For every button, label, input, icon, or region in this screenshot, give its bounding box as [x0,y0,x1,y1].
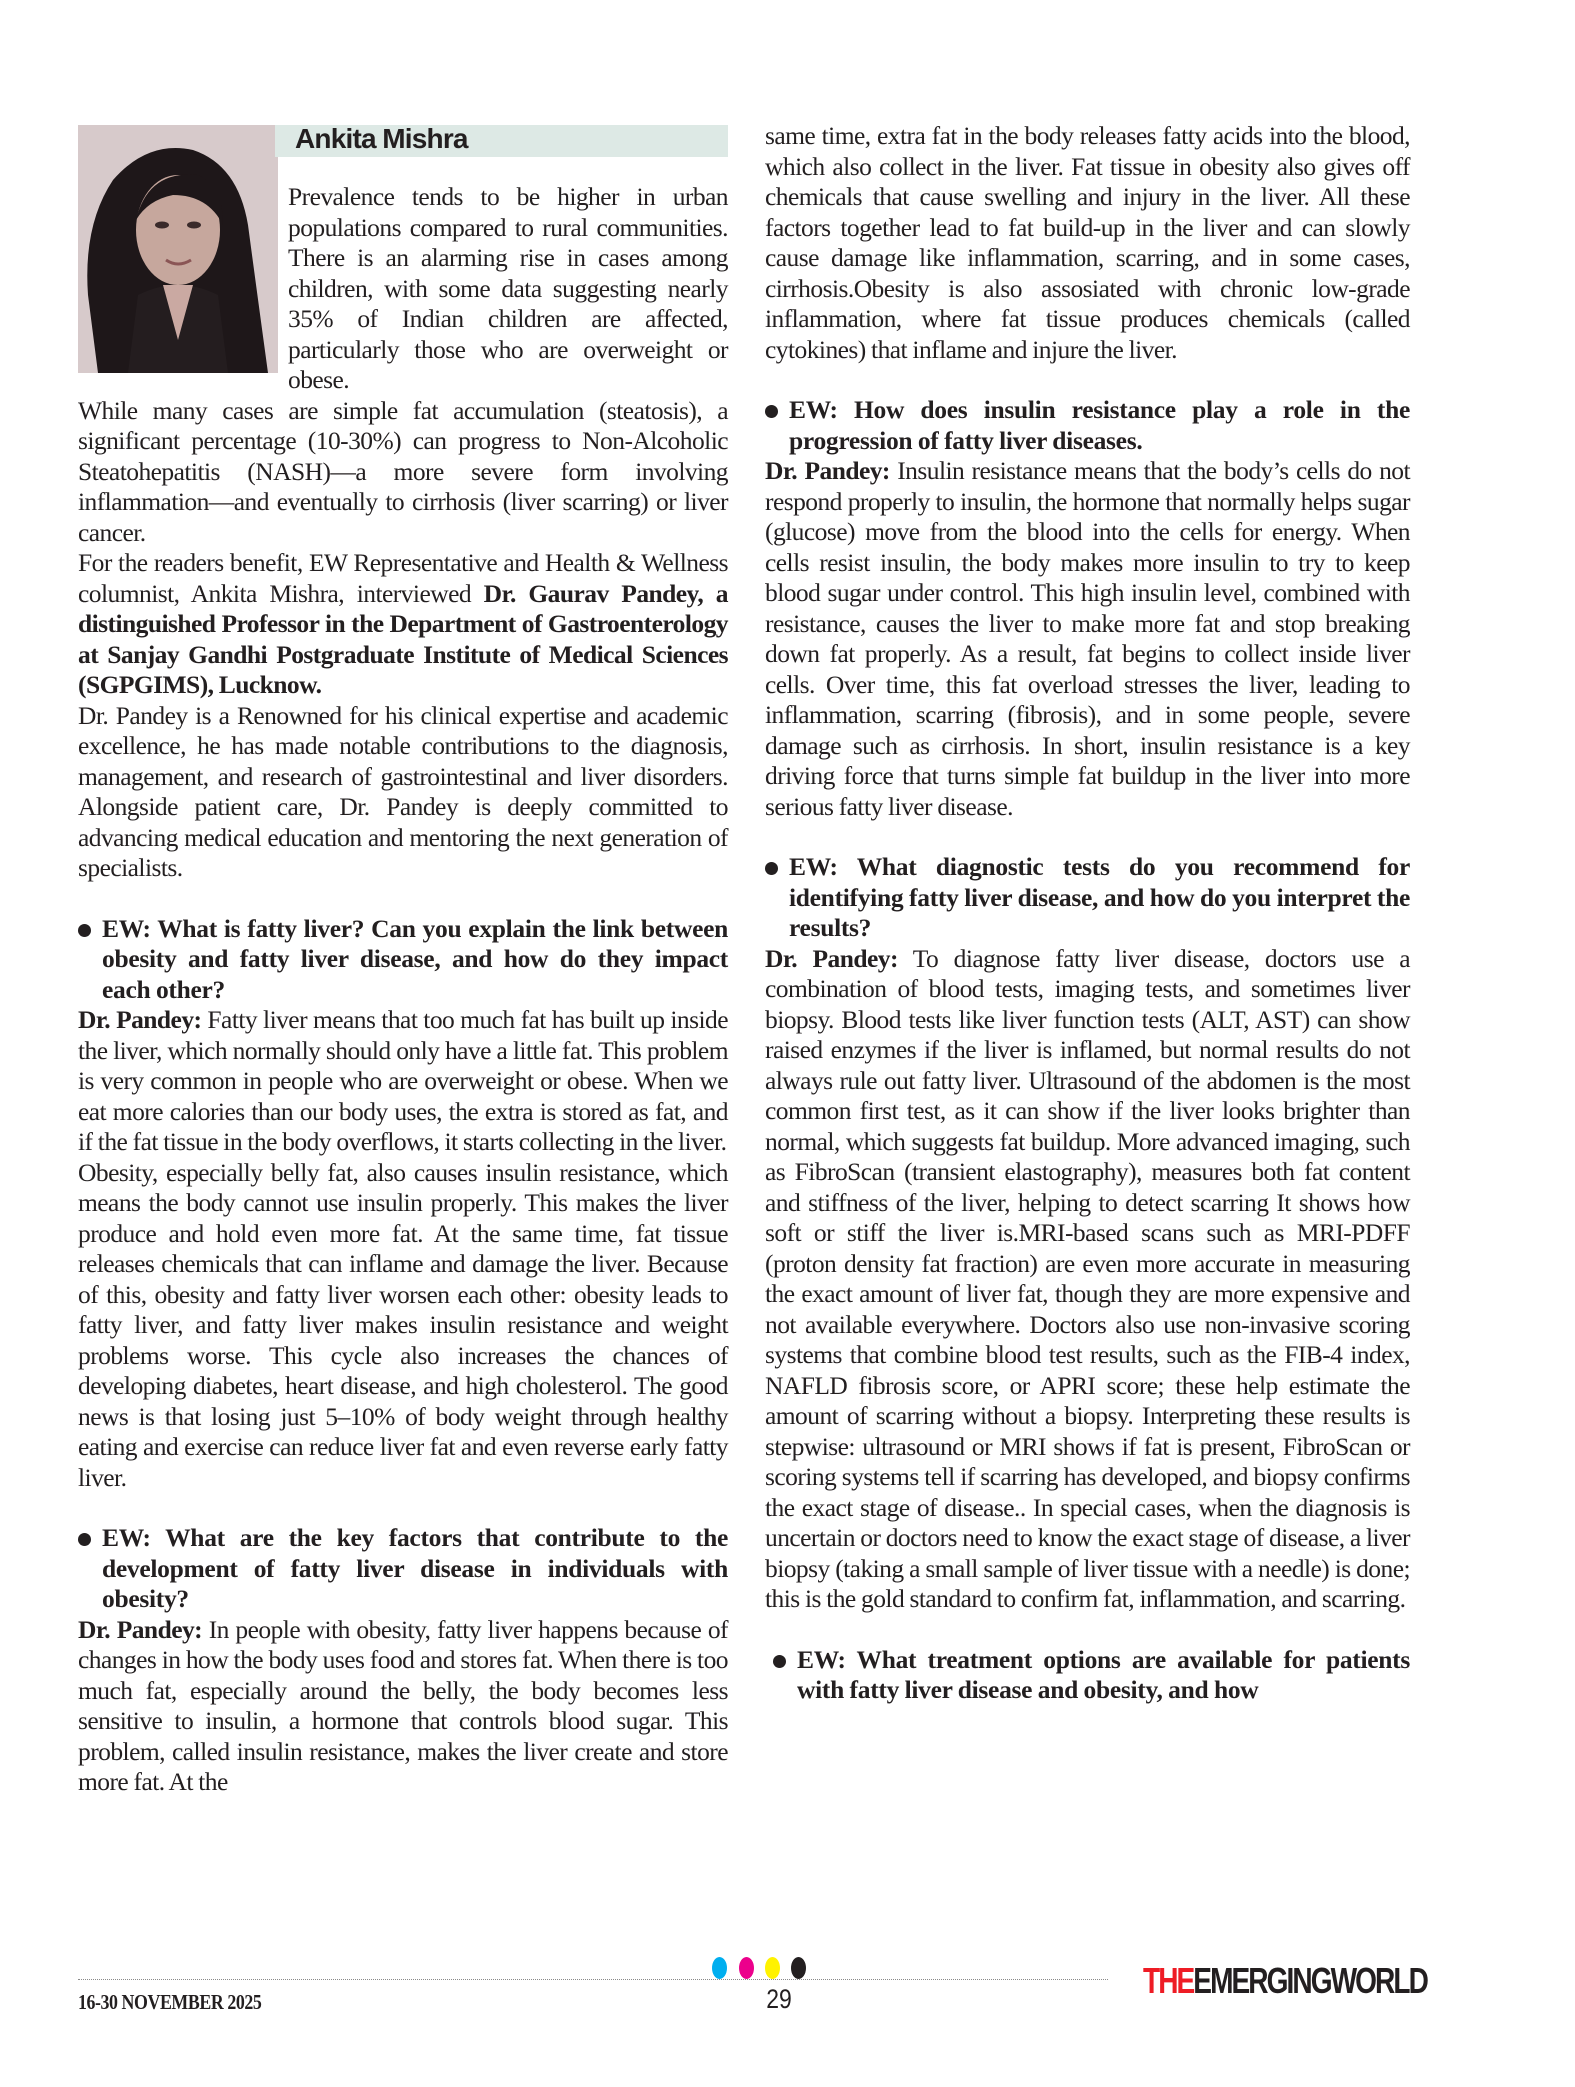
registration-mark-yellow-icon [765,1957,780,1979]
question-5: EW: What treatment options are available… [773,1645,1410,1706]
question-2: EW: What are the key factors that contri… [78,1523,728,1615]
bullet-icon [78,924,91,937]
answer-3: Dr. Pandey: Insulin resistance means tha… [765,456,1410,822]
bio-paragraph: Dr. Pandey is a Renowned for his clinica… [78,701,728,884]
registration-mark-magenta-icon [739,1957,754,1979]
bullet-icon [78,1533,91,1546]
bullet-icon [773,1655,786,1668]
question-5-text: EW: What treatment options are available… [797,1645,1410,1705]
interview-intro-paragraph: For the readers benefit, EW Representati… [78,548,728,701]
author-photo [78,125,278,373]
publication-logo: THEEMERGINGWORLD [1143,1960,1427,2002]
author-name-bar: Ankita Mishra [275,125,728,157]
answer-4-text: To diagnose fatty liver disease, doctors… [765,944,1410,1614]
answer-2: Dr. Pandey: In people with obesity, fatt… [78,1615,728,1798]
answer-3-label: Dr. Pandey: [765,456,890,485]
question-3: EW: How does insulin resistance play a r… [765,395,1410,456]
context-paragraph: While many cases are simple fat accumula… [78,396,728,549]
answer-4: Dr. Pandey: To diagnose fatty liver dise… [765,944,1410,1615]
answer-3-text: Insulin resistance means that the body’s… [765,456,1410,821]
bullet-icon [765,405,778,418]
answer-4-label: Dr. Pandey: [765,944,898,973]
answer-1-label: Dr. Pandey: [78,1005,201,1034]
answer-2-continued: same time, extra fat in the body release… [765,121,1410,365]
logo-the: THE [1143,1960,1193,2001]
question-1-text: EW: What is fatty liver? Can you explain… [102,914,728,1004]
bullet-icon [765,862,778,875]
question-2-text: EW: What are the key factors that contri… [102,1523,728,1613]
magazine-page: Ankita Mishra Prevalence tends to be hig… [0,0,1575,2087]
answer-1: Dr. Pandey: Fatty liver means that too m… [78,1005,728,1158]
logo-emerging-world: EMERGINGWORLD [1193,1960,1427,2001]
author-name: Ankita Mishra [295,124,468,155]
question-1: EW: What is fatty liver? Can you explain… [78,914,728,1006]
registration-mark-cyan-icon [712,1957,727,1979]
question-4: EW: What diagnostic tests do you recomme… [765,852,1410,944]
intro-paragraph: Prevalence tends to be higher in urban p… [288,182,728,396]
left-column: Ankita Mishra Prevalence tends to be hig… [78,120,728,1798]
footer-divider [78,1979,1108,1980]
question-3-text: EW: How does insulin resistance play a r… [789,395,1410,455]
registration-mark-black-icon [791,1957,806,1979]
page-number: 29 [758,1984,801,2015]
right-column: same time, extra fat in the body release… [765,121,1410,1706]
issue-date: 16-30 NOVEMBER 2025 [78,1990,261,2015]
answer-1-continued: Obesity, especially belly fat, also caus… [78,1158,728,1494]
question-4-text: EW: What diagnostic tests do you recomme… [789,852,1410,942]
portrait-image-icon [78,125,278,373]
answer-2-label: Dr. Pandey: [78,1615,202,1644]
